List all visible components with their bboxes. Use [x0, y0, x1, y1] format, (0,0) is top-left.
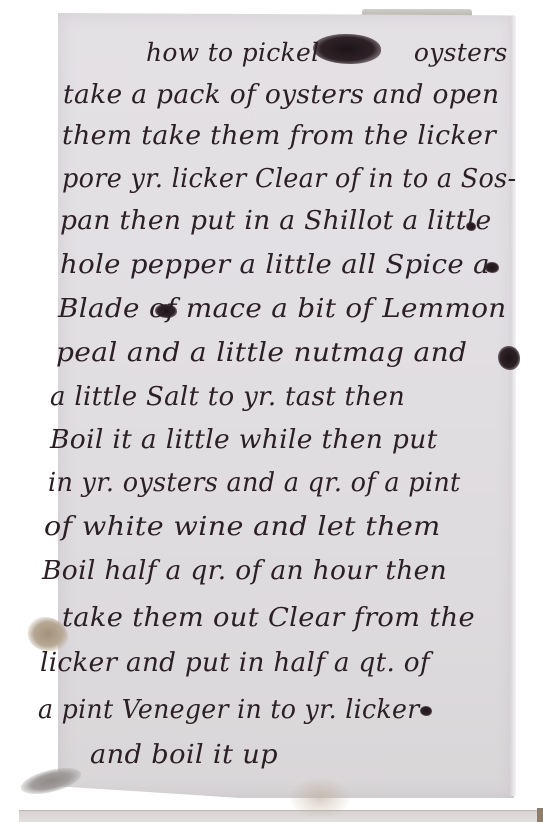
manuscript-photo: how to pickel oysters take a pack of oys…	[0, 0, 543, 822]
text-line-15: licker and put in half a qt. of	[40, 648, 430, 678]
text-line-3: them take them from the licker	[62, 121, 496, 151]
text-line-16: a pint Veneger in to yr. licker	[38, 695, 420, 725]
text-line-4: pore yr. licker Clear of in to a Sos-	[62, 164, 516, 194]
text-line-8: peal and a little nutmag and	[56, 338, 467, 368]
text-line-9: a little Salt to yr. tast then	[50, 382, 405, 412]
title-part-1: how to pickel	[146, 38, 319, 67]
text-line-5: pan then put in a Shillot a little	[60, 206, 491, 236]
water-stain-bottom	[290, 778, 350, 818]
text-line-17: and boil it up	[90, 740, 278, 770]
text-line-7: Blade of mace a bit of Lemmon	[58, 294, 507, 324]
text-line-2: take a pack of oysters and open	[63, 80, 499, 110]
text-line-10: Boil it a little while then put	[50, 425, 438, 455]
title-part-2: oysters	[414, 38, 508, 67]
text-line-6: hole pepper a little all Spice a	[60, 250, 490, 280]
underlying-sheet-corner	[537, 808, 543, 822]
text-line-11: in yr. oysters and a qr. of a pint	[48, 468, 461, 498]
ink-blot-qt	[420, 706, 432, 716]
underlying-sheet	[19, 810, 543, 822]
ink-smudge-bottom-left	[18, 763, 83, 799]
page-right-edge	[510, 16, 516, 796]
ink-blot-right	[498, 346, 520, 370]
text-line-14: take them out Clear from the	[62, 603, 475, 633]
text-line-13: Boil half a qr. of an hour then	[42, 556, 447, 586]
text-line-12: of white wine and let them	[44, 512, 441, 542]
title-line: how to pickel oysters	[146, 38, 508, 67]
